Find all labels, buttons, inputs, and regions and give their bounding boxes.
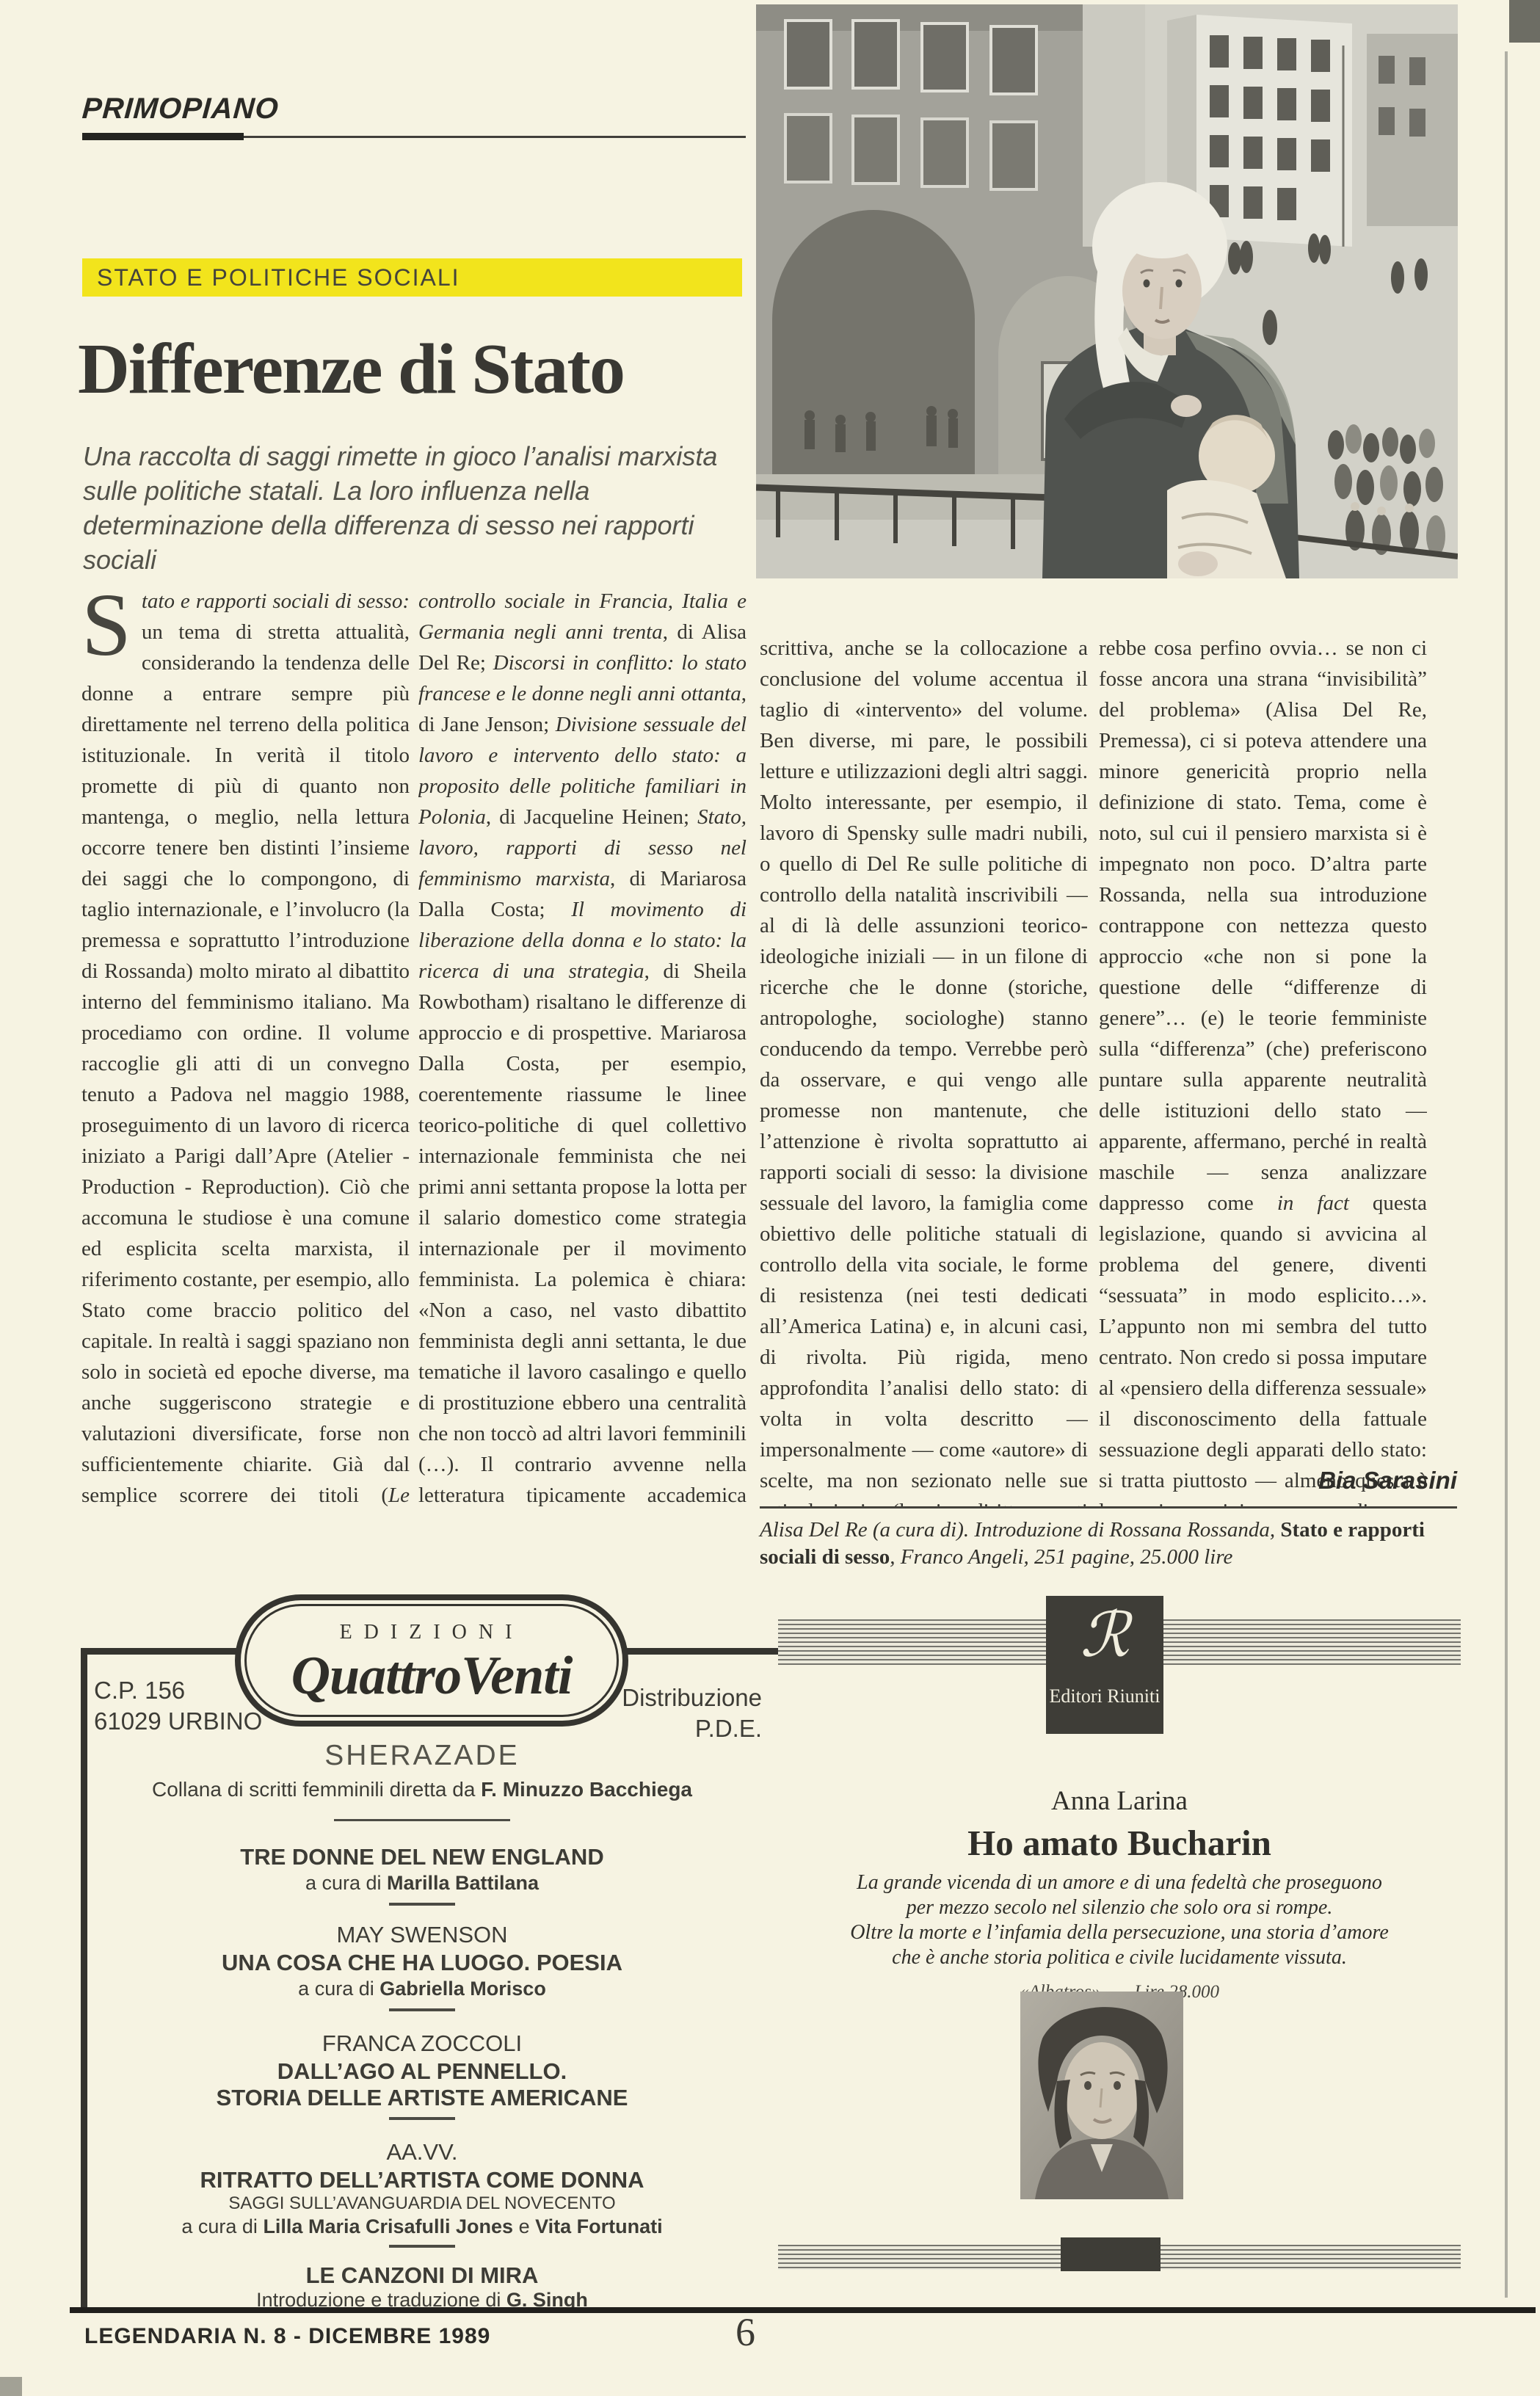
- scan-edge-line: [1505, 51, 1508, 2298]
- drop-cap: S: [81, 586, 142, 661]
- portrait-photo: [1020, 1992, 1183, 2199]
- book-author: FRANCA ZOCCOLI: [81, 2030, 763, 2057]
- blurb-line: per mezzo secolo nel silenzio che solo o…: [778, 1895, 1461, 1920]
- distribution-line-1: Distribuzione: [622, 1682, 762, 1713]
- quattroventi-ad: EDIZIONI QuattroVenti C.P. 156 61029 URB…: [81, 1586, 763, 2309]
- bottom-logo-block: [1061, 2237, 1161, 2271]
- publisher-name: Editori Riuniti: [1046, 1687, 1163, 1706]
- column-1-text: tato e rapporti sociali di sesso: un tem…: [81, 589, 410, 1512]
- section-tag: STATO E POLITICHE SOCIALI: [82, 258, 742, 297]
- book-author: AA.VV.: [81, 2139, 763, 2166]
- blurb-line: La grande vicenda di un amore e di una f…: [778, 1870, 1461, 1895]
- book-divider: [389, 2245, 455, 2248]
- book-divider: [389, 2117, 455, 2120]
- kicker-underline-bar: [82, 133, 244, 140]
- book-reference-footnote: Alisa Del Re (a cura di). Introduzione d…: [760, 1517, 1459, 1571]
- distribution-label: Distribuzione P.D.E.: [622, 1682, 762, 1744]
- publisher-logo-glyph: ℛ: [1046, 1596, 1163, 1677]
- edizioni-label: EDIZIONI: [247, 1622, 617, 1643]
- footer-rule: [70, 2307, 1536, 2313]
- header-rule: [244, 136, 746, 138]
- standfirst: Una raccolta di saggi rimette in gioco l…: [83, 439, 747, 577]
- author-byline: Bia Sarasini: [1099, 1468, 1457, 1492]
- book-author: Anna Larina: [778, 1785, 1461, 1817]
- book-divider: [389, 2008, 455, 2011]
- page-number: 6: [736, 2312, 755, 2352]
- editori-riuniti-logo: ℛ Editori Riuniti: [1046, 1596, 1163, 1734]
- scan-corner-smudge: [1509, 0, 1540, 43]
- book-subtitle: SAGGI SULL’AVANGUARDIA DEL NOVECENTO: [81, 2193, 763, 2214]
- address-line-2: 61029 URBINO: [94, 1706, 262, 1737]
- page-title: Differenze di Stato: [78, 332, 753, 407]
- blurb-line: che è anche storia politica e civile luc…: [778, 1945, 1461, 1970]
- series-title: SHERAZADE: [81, 1740, 763, 1772]
- book-title: LE CANZONI DI MIRA: [81, 2262, 763, 2289]
- editori-riuniti-ad: ℛ Editori Riuniti Anna Larina Ho amato B…: [778, 1586, 1461, 2310]
- book-divider: [389, 1903, 455, 1906]
- footnote-text: Alisa Del Re (a cura di). Introduzione d…: [760, 1518, 1425, 1569]
- blurb-line: Oltre la morte e l’infamia della persecu…: [778, 1920, 1461, 1945]
- article-column-4: rebbe cosa perfino ovvia… se non ci foss…: [1099, 633, 1427, 1506]
- article-column-3: scrittiva, anche se la collocazione a co…: [760, 633, 1088, 1506]
- footnote-rule: [760, 1506, 1457, 1509]
- scan-corner-smudge-bottom: [0, 2377, 22, 2396]
- book-title: TRE DONNE DEL NEW ENGLAND: [81, 1844, 763, 1870]
- column-2-text: controllo sociale in Francia, Italia e G…: [418, 589, 747, 1512]
- column-3-text: scrittiva, anche se la collocazione a co…: [760, 636, 1088, 1506]
- column-4-text: rebbe cosa perfino ovvia… se non ci foss…: [1099, 636, 1427, 1506]
- book-title: UNA COSA CHE HA LUOGO. POESIA: [81, 1950, 763, 1976]
- book-curator: a cura di Gabriella Morisco: [81, 1978, 763, 2000]
- address-line-1: C.P. 156: [94, 1675, 262, 1706]
- quattroventi-logo-inner: EDIZIONI QuattroVenti: [244, 1604, 619, 1717]
- quattroventi-name: QuattroVenti: [247, 1649, 617, 1703]
- book-title: Ho amato Bucharin: [778, 1822, 1461, 1864]
- book-curator: a cura di Lilla Maria Crisafulli Jones e…: [81, 2215, 763, 2238]
- magazine-issue-label: LEGENDARIA N. 8 - DICEMBRE 1989: [84, 2326, 490, 2348]
- book-title: RITRATTO DELL’ARTISTA COME DONNA: [81, 2167, 763, 2193]
- book-title-line-2: STORIA DELLE ARTISTE AMERICANE: [81, 2085, 763, 2111]
- ad-frame-right: [622, 1648, 791, 1655]
- painting-illustration: [756, 4, 1458, 578]
- ad-frame-left: [81, 1648, 244, 1655]
- book-title: DALL’AGO AL PENNELLO.: [81, 2058, 763, 2085]
- book-curator: a cura di Marilla Battilana: [81, 1872, 763, 1895]
- series-divider: [334, 1819, 510, 1821]
- magazine-kicker: PRIMOPIANO: [81, 94, 280, 123]
- quattroventi-logo: EDIZIONI QuattroVenti: [235, 1594, 628, 1727]
- publisher-address: C.P. 156 61029 URBINO: [94, 1675, 262, 1737]
- series-note: Collana di scritti femminili diretta da …: [81, 1778, 763, 1801]
- article-column-1: Stato e rapporti sociali di sesso: un te…: [81, 586, 410, 1512]
- article-column-2: controllo sociale in Francia, Italia e G…: [418, 586, 747, 1512]
- book-author: MAY SWENSON: [81, 1922, 763, 1948]
- article-photo-painting: [756, 4, 1458, 578]
